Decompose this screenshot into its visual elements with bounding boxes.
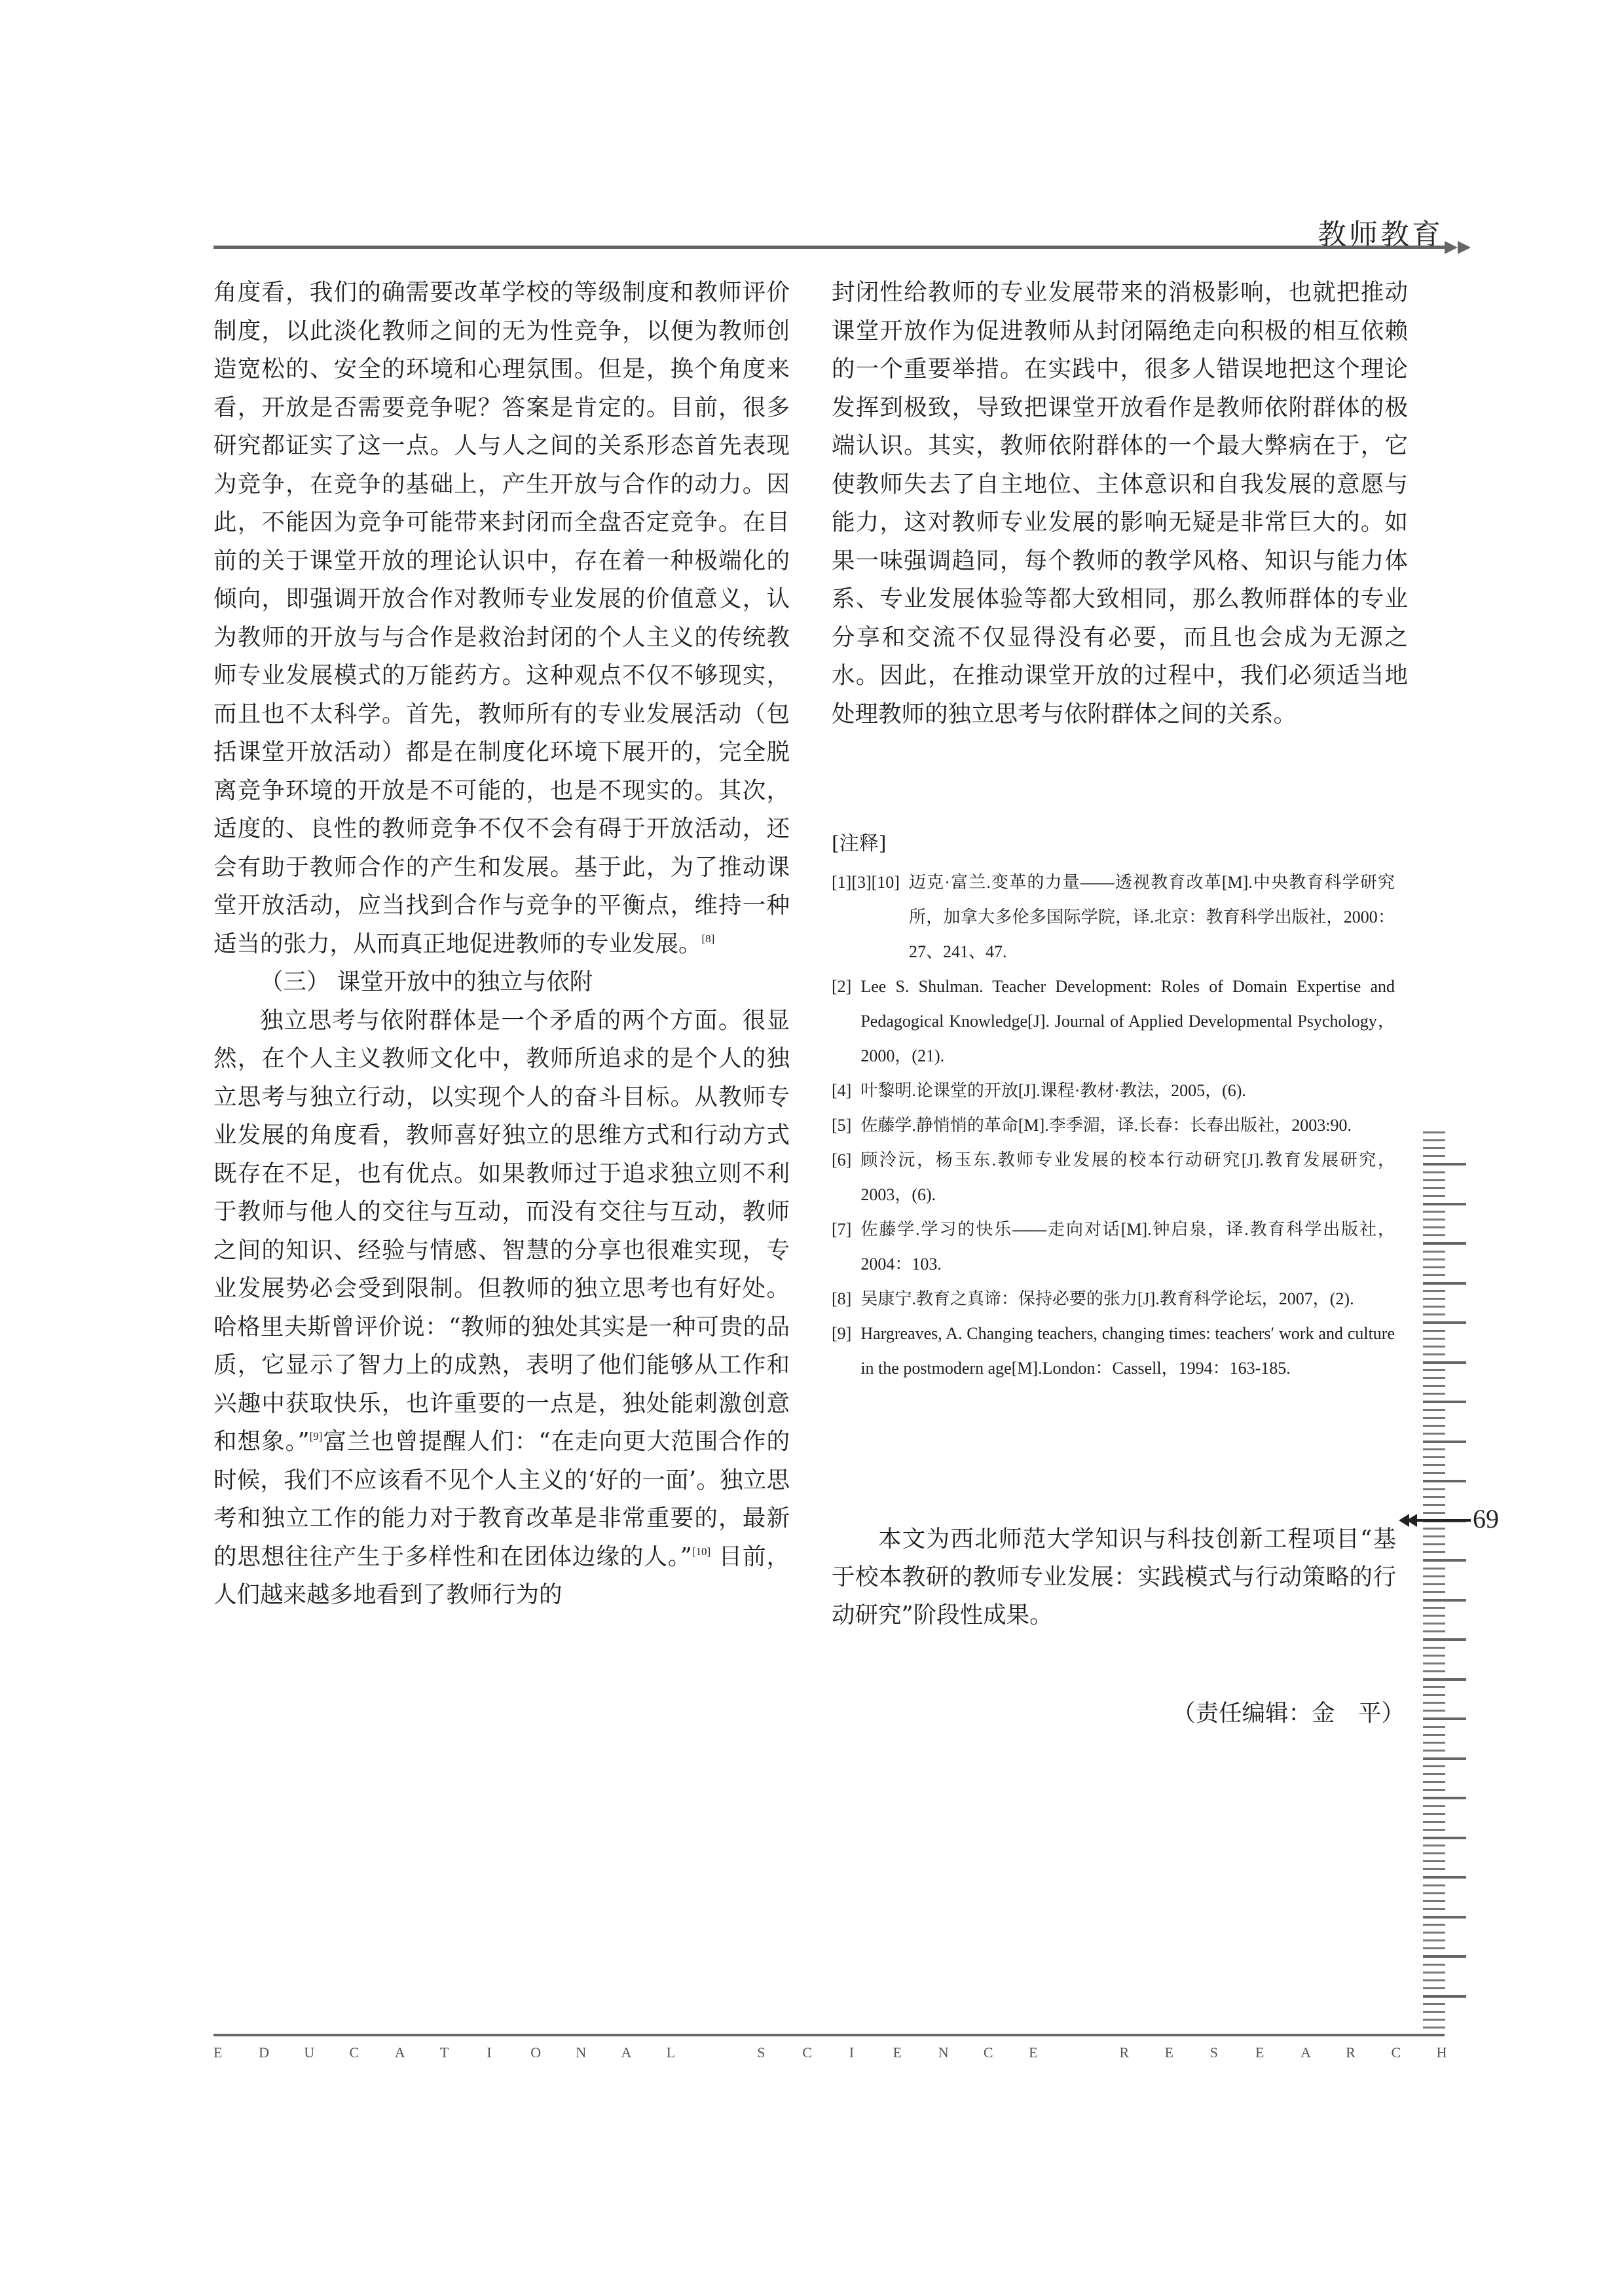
ruler-major-tick [1423,1995,1466,1998]
note-item: [4]叶黎明.论课堂的开放[J].课程·教材·教法，2005，(6). [832,1073,1395,1108]
note-number: [4] [832,1073,851,1108]
ruler-minor-tick [1423,1496,1445,1498]
ruler-minor-tick [1423,1662,1445,1664]
page-number: 69 [1473,1503,1499,1534]
ruler-minor-tick [1423,1623,1445,1625]
journal-name-footer: EDUCATIONALSCIENCERESEARCH [213,2044,1445,2061]
ruler-minor-tick [1423,1226,1445,1228]
ruler-minor-tick [1423,1821,1445,1823]
body-paragraph: 独立思考与依附群体是一个矛盾的两个方面。很显然，在个人主义教师文化中，教师所追求… [213,1002,790,1615]
ruler-major-tick [1423,1361,1466,1364]
ruler-minor-tick [1423,1932,1445,1934]
footer-letter: I [847,2044,855,2061]
ruler-major-tick [1423,1916,1466,1919]
ruler-minor-tick [1423,1464,1445,1466]
ruler-minor-tick [1423,1860,1445,1862]
ruler-minor-tick [1423,1179,1445,1181]
ruler-major-tick [1423,1638,1466,1641]
footer-letter: D [259,2044,267,2061]
ruler-minor-tick [1423,1924,1445,1926]
ruler-minor-tick [1423,1171,1445,1173]
ruler-major-tick [1423,1955,1466,1958]
ruler-minor-tick [1423,1726,1445,1728]
ruler-minor-tick [1423,1813,1445,1815]
ruler-minor-tick [1423,1568,1445,1570]
note-item: [2]Lee S. Shulman. Teacher Development: … [832,969,1395,1073]
ruler-minor-tick [1423,1219,1445,1221]
ruler-minor-tick [1423,1313,1445,1315]
ruler-minor-tick [1423,1353,1445,1355]
note-number: [9] [832,1316,851,1386]
ruler-minor-tick [1423,1187,1445,1189]
ruler-minor-tick [1423,1607,1445,1609]
ruler-minor-tick [1423,1742,1445,1744]
ruler-minor-tick [1423,1694,1445,1696]
ruler-minor-tick [1423,1147,1445,1149]
note-number: [8] [832,1281,851,1316]
note-number: [7] [832,1212,851,1281]
ruler-minor-tick [1423,1155,1445,1157]
footer-letter: C [350,2044,358,2061]
note-text: Lee S. Shulman. Teacher Development: Rol… [860,969,1395,1073]
ruler-major-tick [1423,1203,1466,1205]
ruler-minor-tick [1423,1630,1445,1632]
ruler-minor-tick [1423,1670,1445,1672]
right-column: 封闭性给教师的专业发展带来的消极影响，也就把推动课堂开放作为促进教师从封闭隔绝走… [832,274,1408,733]
footer-letter: C [802,2044,810,2061]
footer-letter: O [530,2044,538,2061]
ruler-minor-tick [1423,1551,1445,1553]
footer-letter: E [1029,2044,1037,2061]
ruler-minor-tick [1423,2003,1445,2005]
ruler-minor-tick [1423,1615,1445,1617]
ruler-minor-tick [1423,1488,1445,1490]
note-text: 叶黎明.论课堂的开放[J].课程·教材·教法，2005，(6). [860,1073,1395,1108]
footer-letter: E [1165,2044,1173,2061]
ruler-minor-tick [1423,1512,1445,1514]
note-item: [9]Hargreaves, A. Changing teachers, cha… [832,1316,1395,1386]
note-text: 迈克·富兰.变革的力量——透视教育改革[M].中央教育科学研究所，加拿大多伦多国… [909,865,1395,969]
note-number: [1][3][10] [832,865,900,969]
funding-statement: 本文为西北师范大学知识与科技创新工程项目“基于校本教研的教师专业发展：实践模式与… [832,1520,1396,1634]
ruler-minor-tick [1423,1575,1445,1577]
ruler-minor-tick [1423,1290,1445,1292]
footer-letter: C [984,2044,991,2061]
citation-ref[interactable]: [10] [692,1545,710,1558]
ruler-minor-tick [1423,1647,1445,1649]
ruler-minor-tick [1423,1702,1445,1704]
left-column: 角度看，我们的确需要改革学校的等级制度和教师评价制度，以此淡化教师之间的无为性竞… [213,274,790,1615]
ruler-minor-tick [1423,1750,1445,1752]
footer-letter: A [621,2044,629,2061]
ruler-minor-tick [1423,1211,1445,1213]
footer-letter: N [576,2044,583,2061]
ruler-minor-tick [1423,1393,1445,1395]
ruler-major-tick [1423,1837,1466,1839]
ruler-minor-tick [1423,1298,1445,1300]
ruler-major-tick [1423,1321,1466,1324]
footer-letter: T [440,2044,448,2061]
ruler-minor-tick [1423,1330,1445,1332]
ruler-minor-tick [1423,1734,1445,1736]
ruler-minor-tick [1423,1258,1445,1260]
header-rule [213,246,1445,249]
ruler-minor-tick [1423,1789,1445,1791]
note-item: [8]吴康宁.教育之真谛：保持必要的张力[J].教育科学论坛，2007，(2). [832,1281,1395,1316]
ruler-minor-tick [1423,1765,1445,1767]
ruler-minor-tick [1423,1504,1445,1506]
ruler-minor-tick [1423,1306,1445,1308]
note-item: [6]顾泠沅，杨玉东.教师专业发展的校本行动研究[J].教育发展研究，2003，… [832,1143,1395,1212]
footer-letter [712,2044,720,2061]
ruler-major-tick [1423,1163,1466,1166]
ruler-minor-tick [1423,1131,1445,1133]
ruler-minor-tick [1423,1972,1445,1974]
ruler-minor-tick [1423,1234,1445,1236]
ruler-major-tick [1423,1441,1466,1443]
ruler-minor-tick [1423,1139,1445,1141]
ruler-minor-tick [1423,1472,1445,1474]
note-text: Hargreaves, A. Changing teachers, changi… [860,1316,1395,1386]
note-text: 顾泠沅，杨玉东.教师专业发展的校本行动研究[J].教育发展研究，2003，(6)… [860,1143,1395,1212]
ruler-major-tick [1423,1401,1466,1403]
footer-letter: E [213,2044,221,2061]
responsible-editor: （责任编辑：金 平） [1172,1695,1405,1728]
ruler-minor-tick [1423,1583,1445,1585]
ruler-major-tick [1423,1480,1466,1482]
footer-letter: S [1210,2044,1218,2061]
ruler-minor-tick [1423,1195,1445,1197]
ruler-minor-tick [1423,1964,1445,1966]
ruler-minor-tick [1423,1900,1445,1902]
ruler-minor-tick [1423,1987,1445,1989]
ruler-major-tick [1423,1242,1466,1245]
ruler-minor-tick [1423,1346,1445,1348]
citation-ref[interactable]: [8] [702,932,715,945]
note-number: [6] [832,1143,851,1212]
footer-letter [1074,2044,1082,2061]
footer-letter: H [1437,2044,1445,2061]
note-text: 吴康宁.教育之真谛：保持必要的张力[J].教育科学论坛，2007，(2). [860,1281,1395,1316]
ruler-minor-tick [1423,1845,1445,1846]
note-text: 佐藤学.学习的快乐——走向对话[M].钟启泉，译.教育科学出版社，2004：10… [860,1212,1395,1281]
footer-letter: A [395,2044,403,2061]
ruler-minor-tick [1423,1543,1445,1545]
ruler-minor-tick [1423,2011,1445,2013]
ruler-major-tick [1423,1559,1466,1562]
ruler-minor-tick [1423,1385,1445,1387]
footer-letter: S [757,2044,765,2061]
note-item: [1][3][10]迈克·富兰.变革的力量——透视教育改革[M].中央教育科学研… [832,865,1395,969]
ruler-minor-tick [1423,1939,1445,1941]
note-number: [5] [832,1108,851,1143]
ruler-minor-tick [1423,1369,1445,1371]
ruler-minor-tick [1423,1528,1445,1530]
ruler-minor-tick [1423,1979,1445,1981]
citation-ref[interactable]: [9] [310,1430,323,1442]
ruler-minor-tick [1423,1852,1445,1854]
ruler-minor-tick [1423,1884,1445,1886]
ruler-major-tick [1423,1282,1466,1285]
body-paragraph: 封闭性给教师的专业发展带来的消极影响，也就把推动课堂开放作为促进教师从封闭隔绝走… [832,274,1408,733]
note-item: [5]佐藤学.静悄悄的革命[M].李季湄，译.长春：长春出版社，2003:90. [832,1108,1395,1143]
ruler-minor-tick [1423,1868,1445,1870]
ruler-minor-tick [1423,1805,1445,1807]
ruler-minor-tick [1423,1947,1445,1949]
ruler-minor-tick [1423,1591,1445,1593]
note-item: [7]佐藤学.学习的快乐——走向对话[M].钟启泉，译.教育科学出版社，2004… [832,1212,1395,1281]
body-paragraph: 角度看，我们的确需要改革学校的等级制度和教师评价制度，以此淡化教师之间的无为性竞… [213,274,790,963]
footer-letter: L [667,2044,674,2061]
footer-letter: A [1301,2044,1308,2061]
ruler-minor-tick [1423,1892,1445,1894]
note-number: [2] [832,969,851,1073]
footer-letter: C [1391,2044,1399,2061]
ruler-major-tick [1423,1717,1466,1720]
ruler-minor-tick [1423,1686,1445,1688]
ruler-minor-tick [1423,1266,1445,1268]
ruler-minor-tick [1423,2027,1445,2029]
notes-title: [注释] [832,826,1395,861]
ruler-minor-tick [1423,1448,1445,1450]
sub-heading: （三） 课堂开放中的独立与依附 [213,963,790,1002]
ruler-minor-tick [1423,1251,1445,1253]
ruler-minor-tick [1423,1409,1445,1411]
ruler-minor-tick [1423,1710,1445,1712]
footer-letter: R [1346,2044,1354,2061]
footer-letter: E [893,2044,901,2061]
footer-letter: E [1255,2044,1263,2061]
ruler-minor-tick [1423,1908,1445,1910]
ruler-minor-tick [1423,1433,1445,1435]
note-text: 佐藤学.静悄悄的革命[M].李季湄，译.长春：长春出版社，2003:90. [860,1108,1395,1143]
ruler-minor-tick [1423,1456,1445,1458]
ruler-major-tick [1423,1599,1466,1602]
header-arrow-icon [1445,241,1458,254]
ruler-major-tick [1423,1678,1466,1681]
footer-letter: I [485,2044,493,2061]
ruler-minor-tick [1423,1274,1445,1276]
footer-letter: N [938,2044,946,2061]
ruler-minor-tick [1423,1773,1445,1775]
ruler-minor-tick [1423,1781,1445,1783]
ruler-minor-tick [1423,1535,1445,1537]
margin-ruler [1423,1131,1469,2035]
ruler-minor-tick [1423,2019,1445,2021]
footer-letter: U [304,2044,312,2061]
ruler-minor-tick [1423,1655,1445,1657]
ruler-minor-tick [1423,1829,1445,1831]
notes-section: [注释] [1][3][10]迈克·富兰.变革的力量——透视教育改革[M].中央… [832,826,1395,1386]
ruler-minor-tick [1423,1417,1445,1419]
page-pointer-line [1409,1519,1471,1522]
ruler-minor-tick [1423,1338,1445,1340]
ruler-major-tick [1423,1876,1466,1879]
ruler-minor-tick [1423,1425,1445,1427]
ruler-major-tick [1423,1797,1466,1799]
footer-rule [213,2034,1445,2036]
header-arrow-icon [1458,241,1471,254]
ruler-major-tick [1423,1757,1466,1760]
footer-letter: R [1119,2044,1127,2061]
ruler-minor-tick [1423,1377,1445,1379]
